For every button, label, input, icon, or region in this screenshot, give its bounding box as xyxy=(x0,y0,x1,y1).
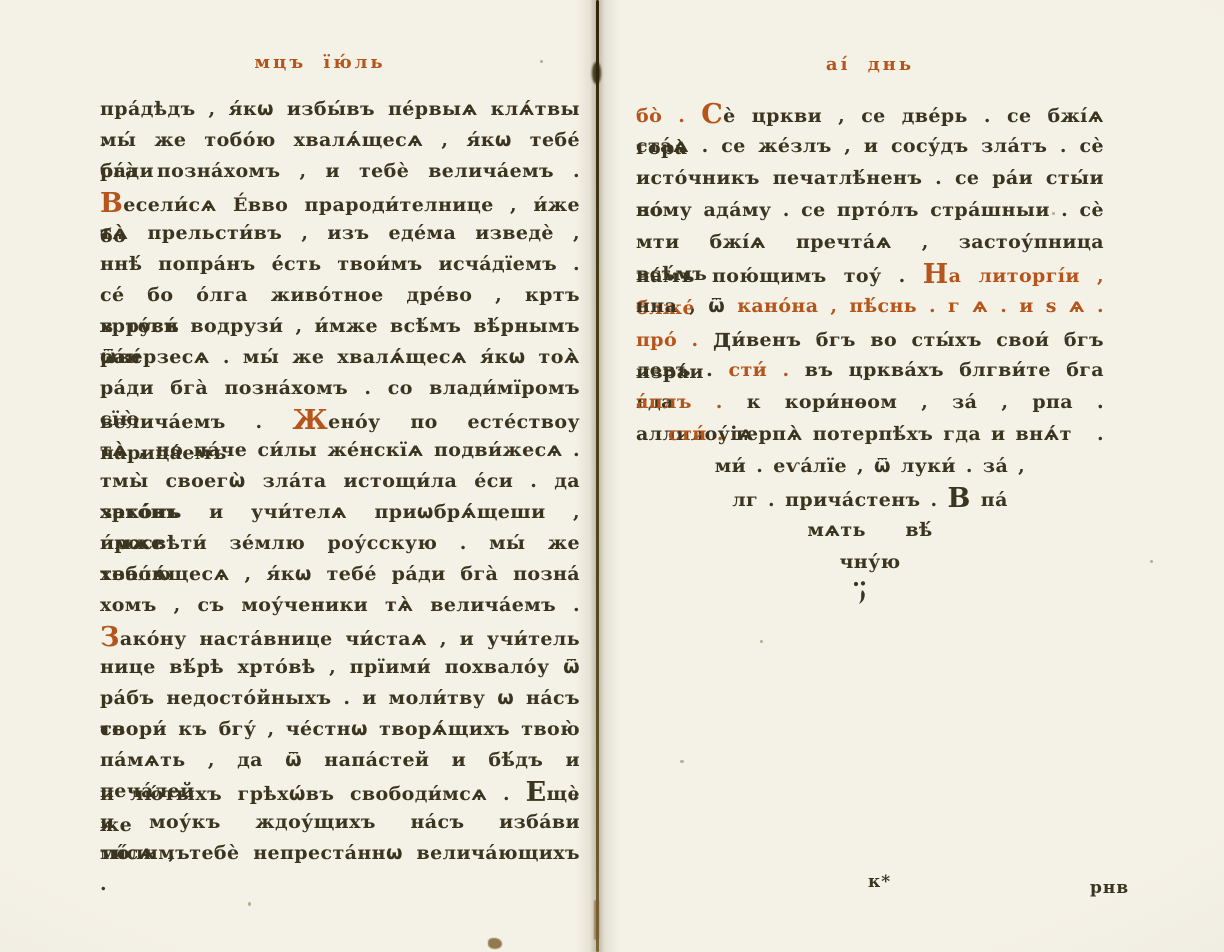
body-text: бга̀ позна́хомъ , и тебѐ велича́емъ . xyxy=(100,160,580,182)
book-spread: мцъ їю́ль пра́дѣдъ , я́кѡ избы́въ пе́рвы… xyxy=(0,0,1224,952)
text-line: Весели́сѧ Е́вво прароди́телнице , и́же б… xyxy=(100,187,580,218)
paper-stain xyxy=(488,938,502,949)
text-line: тѧ̀ , но па́че си́лы же́нскїѧ подви́жесѧ… xyxy=(100,435,580,466)
right-page-text: бо̀ . Сѐ цркви , се две́рь . се бжі́ѧ го… xyxy=(636,98,1104,578)
left-page-text: пра́дѣдъ , я́кѡ избы́въ пе́рвыѧ клѧ́твы … xyxy=(100,94,580,869)
text-line: се́ бо о́лга живо́тное дре́во , кртъ хрт… xyxy=(100,280,580,311)
body-text: мѧть вѣ́ xyxy=(807,519,932,541)
right-running-header: аі́ днь xyxy=(640,52,1100,78)
text-line: бга̀ позна́хомъ , и тебѐ велича́емъ . xyxy=(100,156,580,187)
rubric-text: З xyxy=(100,622,120,653)
body-text: ѿве́рзесѧ . мы́ же хвалѧ́щесѧ я́кѡ тоѧ̀ xyxy=(100,346,580,368)
text-line: чну́ю xyxy=(636,546,1104,578)
body-text: Е xyxy=(526,777,547,808)
text-line: на́мъ пою́щимъ тоу́ . На литоргі́и , блж… xyxy=(636,258,1104,290)
paper-speck xyxy=(1150,560,1153,563)
paper-speck xyxy=(1052,212,1055,215)
quire-signature: к* xyxy=(868,872,891,892)
body-text: тѧ̀ прельсти́въ , изъ еде́ма изведѐ , xyxy=(100,222,580,244)
rubric-text: сти́ . xyxy=(668,423,724,445)
paper-speck xyxy=(540,60,543,63)
gutter-shadow-blob xyxy=(592,62,601,84)
rubric-text: сти́ . xyxy=(729,359,790,381)
scanned-book-spread: { "left_page": { "header": "мцъ їю́ль", … xyxy=(0,0,1224,952)
rubric-text: С xyxy=(701,99,723,130)
paper-speck xyxy=(760,640,763,643)
body-text: В xyxy=(948,483,971,514)
body-text: д xyxy=(713,323,731,354)
end-ornament-icon xyxy=(848,580,872,606)
body-text: ти́сѧ , тебѐ непреста́ннѡ велича́ющихъ . xyxy=(100,842,580,895)
text-line: велича́емъ . Жено́у по есте́ствоу нарица… xyxy=(100,404,580,435)
text-line: тмы̀ своегѡ̀ зла́та истощи́ла е́си . да … xyxy=(100,466,580,497)
body-text: ми́ . еѵа́лїе , ѿ луки́ . за́ , xyxy=(715,455,1025,477)
rubric-text: кано́на , пѣ́снь . г ѧ . и ѕ ѧ . xyxy=(737,295,1104,317)
body-text: хомъ , съ моу́ченики тѧ̀ велича́емъ . xyxy=(100,594,580,616)
book-gutter xyxy=(576,0,620,952)
text-line: па́мѧть , да ѿ напа́стей и бѣ́дъ и печа́… xyxy=(100,745,580,776)
text-line: исто́чникъ печатлѣ́ненъ . се ра́и сты́и … xyxy=(636,162,1104,194)
text-line: хомъ , съ моу́ченики тѧ̀ велича́емъ . xyxy=(100,590,580,621)
text-line: ѿве́рзесѧ . мы́ же хвалѧ́щесѧ я́кѡ тоѧ̀ xyxy=(100,342,580,373)
rubric-text: В xyxy=(100,188,123,219)
body-text: велича́емъ . xyxy=(100,411,292,433)
text-line: зако́нъ и учи́телѧ приѡбрѧ́щеши , и́мже xyxy=(100,497,580,528)
text-line: нице вѣ́рѣ хрто́вѣ , прїими́ похвало́у ѿ xyxy=(100,652,580,683)
text-line: пра́дѣдъ , я́кѡ избы́въ пе́рвыѧ клѧ́твы … xyxy=(100,94,580,125)
rubric-text: Н xyxy=(923,259,949,290)
body-text: твори́ къ бгу́ , че́стнѡ творѧ́щихъ твою… xyxy=(100,718,580,740)
paper-speck xyxy=(248,902,251,906)
text-line: мѧть вѣ́ xyxy=(636,514,1104,546)
paper-speck xyxy=(680,760,684,763)
text-line: в руси́ водрузи́ , и́мже всѣ́мъ вѣ́рнымъ… xyxy=(100,311,580,342)
body-text: вому ада́му . се прто́лъ стра́шныи . сѐ xyxy=(636,199,1104,221)
text-line: ра́бъ недосто́йныхъ . и моли́тву ѡ на́съ… xyxy=(100,683,580,714)
body-text: ста́ѧ . се же́злъ , и сосу́дъ зла́тъ . с… xyxy=(636,135,1104,157)
rubric-text: бо̀ . xyxy=(636,105,701,127)
text-line: ра́ди бга̀ позна́хомъ . со влади́мїромъ … xyxy=(100,373,580,404)
text-line: про́ . ди́венъ бгъ во сты́хъ свои́ бгъ и… xyxy=(636,322,1104,354)
text-line: тѧ̀ прельсти́въ , изъ еде́ма изведѐ , xyxy=(100,218,580,249)
body-text: лг . прича́стенъ . xyxy=(732,489,947,511)
rubric-text: про́ . xyxy=(636,329,713,351)
text-line: нна , ѿ кано́на , пѣ́снь . г ѧ . и ѕ ѧ . xyxy=(636,290,1104,322)
text-line: ннѣ́ попра́нъ е́сть твои́мъ исча́дїемъ . xyxy=(100,249,580,280)
text-line: а́плъ . к кори́нѳом , за́ , рпа . аллило… xyxy=(636,386,1104,418)
body-text: на́мъ пою́щимъ тоу́ . xyxy=(636,265,923,287)
body-text: ако́ну наста́внице чи́стаѧ , и учи́тель xyxy=(120,628,580,650)
text-line: мти бжі́ѧ пречта́ѧ , застоу́пница всѣ́мъ xyxy=(636,226,1104,258)
body-text: чну́ю xyxy=(839,551,900,573)
body-text: хвалѧ́щесѧ , я́кѡ тебе́ ра́ди бга̀ позна… xyxy=(100,563,580,585)
text-line: лг . прича́стенъ . В па́ xyxy=(636,482,1104,514)
body-text: нице вѣ́рѣ хрто́вѣ , прїими́ похвало́у ѿ xyxy=(100,656,580,678)
rubric-text: а́плъ . xyxy=(636,391,723,413)
body-text: терпѧ̀ потерпѣ́хъ гда и внѧ́т xyxy=(724,423,1072,445)
rubric-text: Ж xyxy=(292,405,328,436)
body-text: па́ xyxy=(971,489,1008,511)
body-text: нна , ѿ xyxy=(636,295,737,317)
gutter-fold-line xyxy=(596,0,599,952)
text-line: ти́сѧ , тебѐ непреста́ннѡ велича́ющихъ . xyxy=(100,838,580,869)
body-text: левъ . xyxy=(636,359,729,381)
text-line: твори́ къ бгу́ , че́стнѡ творѧ́щихъ твою… xyxy=(100,714,580,745)
body-text: ннѣ́ попра́нъ е́сть твои́мъ исча́дїемъ . xyxy=(100,253,580,275)
text-line: сти́ . терпѧ̀ потерпѣ́хъ гда и внѧ́т xyxy=(636,418,1104,450)
text-line: ми́ . еѵа́лїе , ѿ луки́ . за́ , xyxy=(636,450,1104,482)
folio-number: рнв xyxy=(1090,878,1129,898)
text-line: хвалѧ́щесѧ , я́кѡ тебе́ ра́ди бга̀ позна… xyxy=(100,559,580,590)
text-line: и моу́къ ждоу́щихъ на́съ изба́ви мо́лимъ xyxy=(100,807,580,838)
text-line: левъ . сти́ . въ црква́хъ блгви́те бга г… xyxy=(636,354,1104,386)
body-text: и лю́тыхъ грѣхѡ́въ свободи́мсѧ . xyxy=(100,783,526,805)
text-line: просвѣти́ зе́млю роу́сскую . мы́ же тобо… xyxy=(100,528,580,559)
body-text: тѧ̀ , но па́че си́лы же́нскїѧ подви́жесѧ… xyxy=(100,439,580,461)
text-line: ста́ѧ . се же́злъ , и сосу́дъ зла́тъ . с… xyxy=(636,130,1104,162)
text-line: вому ада́му . се прто́лъ стра́шныи . сѐ xyxy=(636,194,1104,226)
text-line: мы́ же тобо́ю хвалѧ́щесѧ , я́кѡ тебе́ ра… xyxy=(100,125,580,156)
left-running-header: мцъ їю́ль xyxy=(90,50,550,76)
text-line: Зако́ну наста́внице чи́стаѧ , и учи́тель xyxy=(100,621,580,652)
text-line: бо̀ . Сѐ цркви , се две́рь . се бжі́ѧ го… xyxy=(636,98,1104,130)
text-line: и лю́тыхъ грѣхѡ́въ свободи́мсѧ . Ещѐ же xyxy=(100,776,580,807)
paper-stain xyxy=(594,900,599,940)
